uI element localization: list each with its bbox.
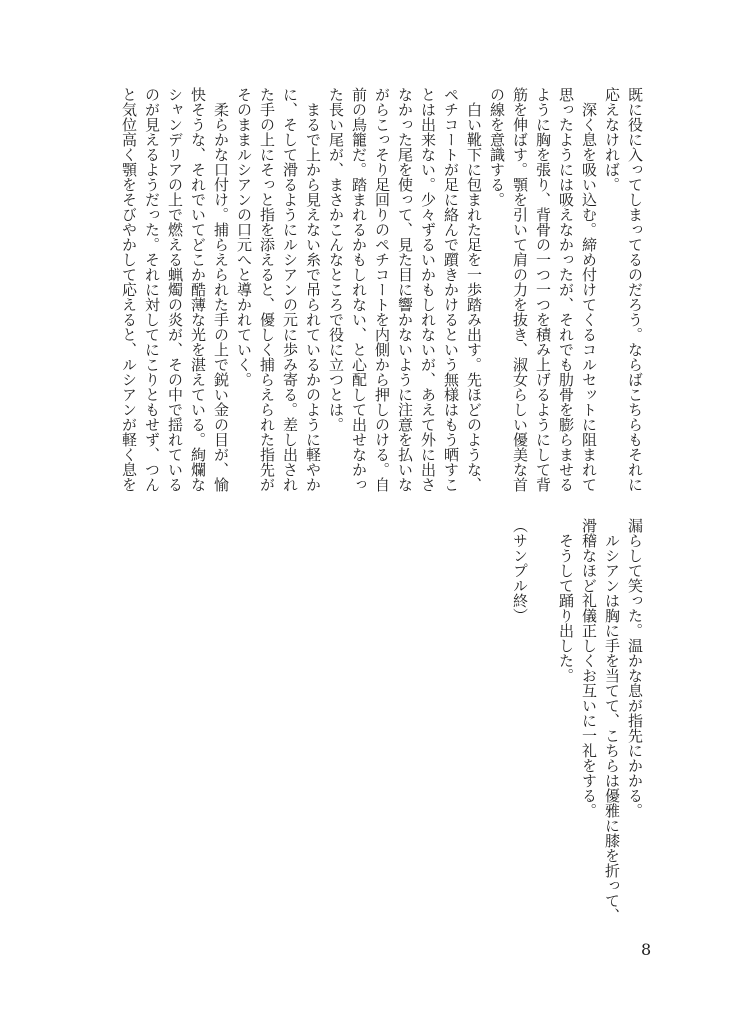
- text-line: シャンデリアの上で燃える蝋燭の炎が、その中で揺れている: [163, 87, 186, 499]
- book-page: 既に役に入ってしまってるのだろう。ならばこちらもそれに応えなければ。 深く息を吸…: [0, 0, 730, 1024]
- text-line: そうして踊り出した。: [554, 518, 577, 930]
- text-line: た長い尾が、まさかこんなところで役に立つとは。: [324, 87, 347, 499]
- text-line: そのままルシアンの口元へと導かれていく。: [232, 87, 255, 499]
- text-line: と気位高く顎をそびやかして応えると、ルシアンが軽く息を: [117, 87, 140, 499]
- page-number: 8: [641, 942, 651, 958]
- text-line: 応えなければ。: [600, 87, 623, 499]
- text-line: 筋を伸ばす。顎を引いて肩の力を抜き、淑女らしい優美な首: [508, 87, 531, 499]
- text-line: まるで上から見えない糸で吊られているかのように軽やか: [301, 87, 324, 499]
- text-line: 漏らして笑った。温かな息が指先にかかる。: [623, 518, 646, 930]
- text-line: 柔らかな口付け。捕らえられた手の上で鋭い金の目が、愉: [209, 87, 232, 499]
- text-line: のが見えるようだった。それに対してにこりともせず、つん: [140, 87, 163, 499]
- text-line: ルシアンは胸に手を当てて、こちらは優雅に膝を折って、: [600, 518, 623, 930]
- text-line: がらこっそり足回りのペチコートを内側から押しのける。自: [370, 87, 393, 499]
- text-line: 深く息を吸い込む。締め付けてくるコルセットに阻まれて: [577, 87, 600, 499]
- text-line: た手の上にそっと指を添えると、優しく捕らえられた指先が: [255, 87, 278, 499]
- text-block-upper: 既に役に入ってしまってるのだろう。ならばこちらもそれに応えなければ。 深く息を吸…: [117, 87, 646, 499]
- text-line: 快そうな、それでいてどこか酷薄な光を湛えている。絢爛な: [186, 87, 209, 499]
- text-line: [531, 518, 554, 930]
- text-line: に、そして滑るようにルシアンの元に歩み寄る。差し出され: [278, 87, 301, 499]
- text-line: 前の鳥籠だ。踏まれるかもしれない、と心配して出せなかっ: [347, 87, 370, 499]
- text-line: ペチコートが足に絡んで躓きかけるという無様はもう晒すこ: [439, 87, 462, 499]
- text-line: 思ったようには吸えなかったが、それでも肋骨を膨らませる: [554, 87, 577, 499]
- text-line: とは出来ない。少々ずるいかもしれないが、あえて外に出さ: [416, 87, 439, 499]
- text-block-lower: 漏らして笑った。温かな息が指先にかかる。 ルシアンは胸に手を当てて、こちらは優雅…: [508, 518, 646, 930]
- text-line: 既に役に入ってしまってるのだろう。ならばこちらもそれに: [623, 87, 646, 499]
- text-line: （サンプル終）: [508, 518, 531, 930]
- text-line: なかった尾を使って、見た目に響かないように注意を払いな: [393, 87, 416, 499]
- text-line: の線を意識する。: [485, 87, 508, 499]
- text-line: 白い靴下に包まれた足を一歩踏み出す。先ほどのような、: [462, 87, 485, 499]
- text-line: ように胸を張り、背骨の一つ一つを積み上げるようにして背: [531, 87, 554, 499]
- text-line: 滑稽なほど礼儀正しくお互いに一礼をする。: [577, 518, 600, 930]
